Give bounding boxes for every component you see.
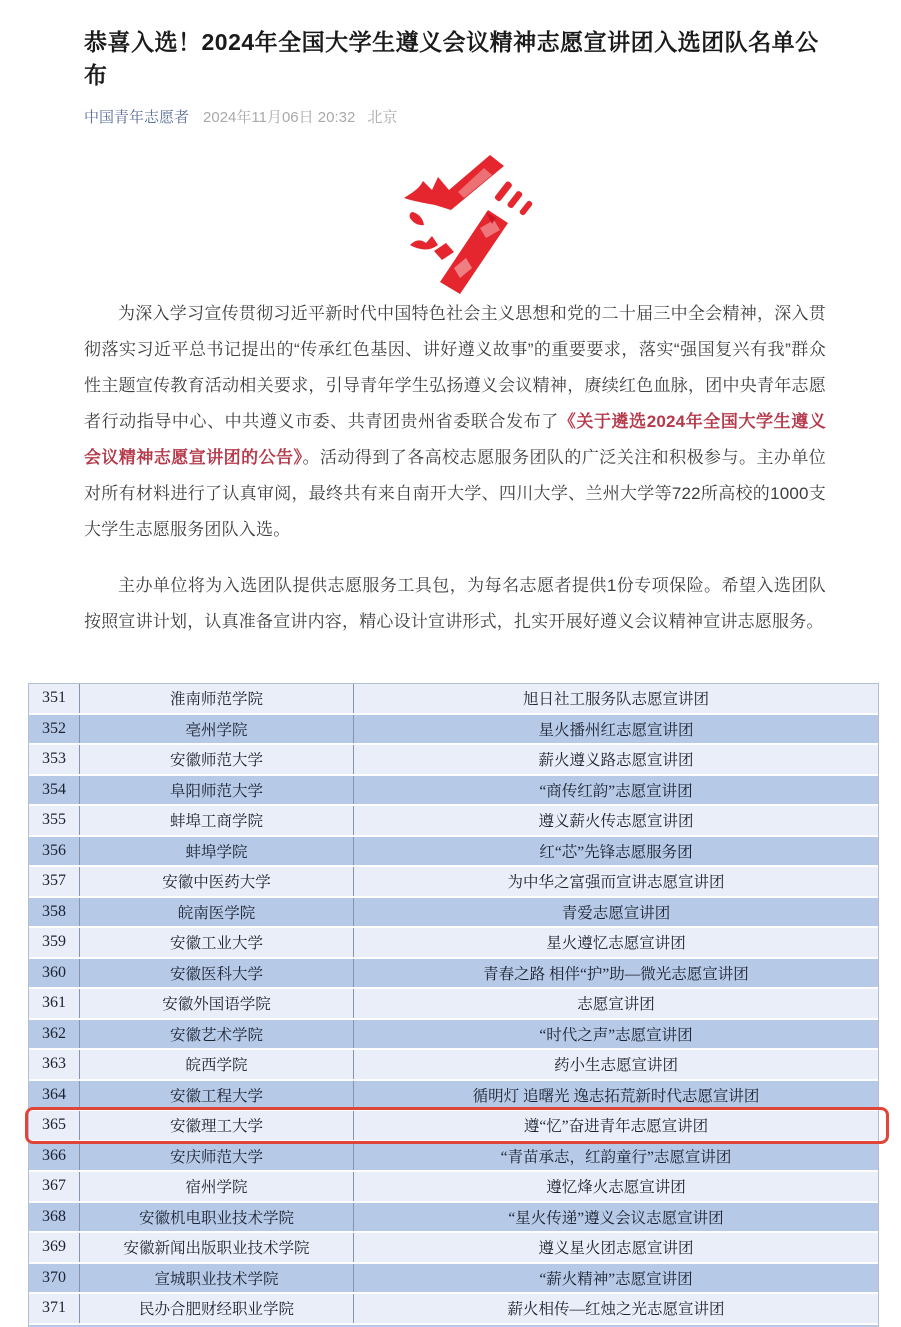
table-row: 368安徽机电职业技术学院“星火传递”遵义会议志愿宣讲团 <box>29 1203 878 1234</box>
table-row: 352亳州学院星火播州红志愿宣讲团 <box>29 715 878 746</box>
team-name-cell: “青苗承志，红韵童行”志愿宣讲团 <box>354 1142 878 1171</box>
team-name-cell: 薪火遵义路志愿宣讲团 <box>354 745 878 774</box>
team-name-cell: 星火播州红志愿宣讲团 <box>354 715 878 744</box>
row-number-cell: 367 <box>29 1172 80 1201</box>
row-number-cell: 358 <box>29 898 80 927</box>
school-name-cell: 蚌埠工商学院 <box>80 806 354 835</box>
school-name-cell: 安徽师范大学 <box>80 745 354 774</box>
row-number-cell: 357 <box>29 867 80 896</box>
school-name-cell: 安徽医科大学 <box>80 959 354 988</box>
school-name-cell: 安庆师范大学 <box>80 1142 354 1171</box>
byline: 中国青年志愿者2024年11月06日 20:32北京 <box>84 106 824 127</box>
table-row: 359安徽工业大学星火遵忆志愿宣讲团 <box>29 928 878 959</box>
team-name-cell: 志愿宣讲团 <box>354 989 878 1018</box>
team-name-cell: 遵义薪火传志愿宣讲团 <box>354 806 878 835</box>
row-number-cell: 365 <box>29 1111 80 1140</box>
school-name-cell: 亳州学院 <box>80 715 354 744</box>
team-name-cell: “薪火精神”志愿宣讲团 <box>354 1264 878 1293</box>
table-row: 362安徽艺术学院“时代之声”志愿宣讲团 <box>29 1020 878 1051</box>
team-name-cell: 遵“忆”奋进青年志愿宣讲团 <box>354 1111 878 1140</box>
school-name-cell: 淮南师范学院 <box>80 684 354 713</box>
row-number-cell: 359 <box>29 928 80 957</box>
team-name-cell: 旭日社工服务队志愿宣讲团 <box>354 684 878 713</box>
row-number-cell: 361 <box>29 989 80 1018</box>
school-name-cell: 安徽机电职业技术学院 <box>80 1203 354 1232</box>
team-name-cell: 为中华之富强而宣讲志愿宣讲团 <box>354 867 878 896</box>
school-name-cell: 安徽工业大学 <box>80 928 354 957</box>
table-row: 360安徽医科大学青春之路 相伴“护”助—微光志愿宣讲团 <box>29 959 878 990</box>
row-number-cell: 362 <box>29 1020 80 1049</box>
paragraph-2: 主办单位将为入选团队提供志愿服务工具包，为每名志愿者提供1份专项保险。希望入选团… <box>84 568 826 640</box>
row-number-cell: 353 <box>29 745 80 774</box>
table-row: 351淮南师范学院旭日社工服务队志愿宣讲团 <box>29 684 878 715</box>
team-name-cell: 循明灯 追曙光 逸志拓荒新时代志愿宣讲团 <box>354 1081 878 1110</box>
school-name-cell: 蚌埠学院 <box>80 837 354 866</box>
row-number-cell: 360 <box>29 959 80 988</box>
article-page: 恭喜入选！2024年全国大学生遵义会议精神志愿宣讲团入选团队名单公布 中国青年志… <box>0 0 901 1327</box>
school-name-cell: 安徽工程大学 <box>80 1081 354 1110</box>
table-row: 355蚌埠工商学院遵义薪火传志愿宣讲团 <box>29 806 878 837</box>
team-name-cell: 遵忆烽火志愿宣讲团 <box>354 1172 878 1201</box>
row-number-cell: 355 <box>29 806 80 835</box>
highlighted-table-row: 365安徽理工大学遵“忆”奋进青年志愿宣讲团 <box>29 1111 878 1142</box>
team-name-cell: “商传红韵”志愿宣讲团 <box>354 776 878 805</box>
volunteer-logo-icon <box>388 150 548 295</box>
team-name-cell: 红“芯”先锋志愿服务团 <box>354 837 878 866</box>
team-name-cell: 星火遵忆志愿宣讲团 <box>354 928 878 957</box>
school-name-cell: 安徽外国语学院 <box>80 989 354 1018</box>
school-name-cell: 皖西学院 <box>80 1050 354 1079</box>
school-name-cell: 安徽新闻出版职业技术学院 <box>80 1233 354 1262</box>
row-number-cell: 356 <box>29 837 80 866</box>
table-row: 357安徽中医药大学为中华之富强而宣讲志愿宣讲团 <box>29 867 878 898</box>
team-name-cell: 遵义星火团志愿宣讲团 <box>354 1233 878 1262</box>
table-row: 367宿州学院遵忆烽火志愿宣讲团 <box>29 1172 878 1203</box>
team-name-cell: “时代之声”志愿宣讲团 <box>354 1020 878 1049</box>
table-row: 371民办合肥财经职业学院薪火相传—红烛之光志愿宣讲团 <box>29 1294 878 1325</box>
row-number-cell: 352 <box>29 715 80 744</box>
publish-location: 北京 <box>367 109 397 126</box>
row-number-cell: 366 <box>29 1142 80 1171</box>
table-row: 358皖南医学院青爱志愿宣讲团 <box>29 898 878 929</box>
publish-datetime: 2024年11月06日 20:32 <box>203 109 355 126</box>
table-row: 370宣城职业技术学院“薪火精神”志愿宣讲团 <box>29 1264 878 1295</box>
row-number-cell: 363 <box>29 1050 80 1079</box>
school-name-cell: 安徽理工大学 <box>80 1111 354 1140</box>
row-number-cell: 351 <box>29 684 80 713</box>
school-name-cell: 安徽中医药大学 <box>80 867 354 896</box>
team-name-cell: “星火传递”遵义会议志愿宣讲团 <box>354 1203 878 1232</box>
table-row: 354阜阳师范大学“商传红韵”志愿宣讲团 <box>29 776 878 807</box>
row-number-cell: 370 <box>29 1264 80 1293</box>
paragraph-1: 为深入学习宣传贯彻习近平新时代中国特色社会主义思想和党的二十届三中全会精神，深入… <box>84 296 826 548</box>
team-name-cell: 薪火相传—红烛之光志愿宣讲团 <box>354 1294 878 1323</box>
school-name-cell: 宿州学院 <box>80 1172 354 1201</box>
table-row: 363皖西学院药小生志愿宣讲团 <box>29 1050 878 1081</box>
school-name-cell: 民办合肥财经职业学院 <box>80 1294 354 1323</box>
row-number-cell: 371 <box>29 1294 80 1323</box>
table-row: 364安徽工程大学循明灯 追曙光 逸志拓荒新时代志愿宣讲团 <box>29 1081 878 1112</box>
school-name-cell: 皖南医学院 <box>80 898 354 927</box>
table-row: 369安徽新闻出版职业技术学院遵义星火团志愿宣讲团 <box>29 1233 878 1264</box>
school-name-cell: 安徽艺术学院 <box>80 1020 354 1049</box>
row-number-cell: 369 <box>29 1233 80 1262</box>
table-row: 356蚌埠学院红“芯”先锋志愿服务团 <box>29 837 878 868</box>
table-row: 361安徽外国语学院志愿宣讲团 <box>29 989 878 1020</box>
school-name-cell: 宣城职业技术学院 <box>80 1264 354 1293</box>
team-name-cell: 青春之路 相伴“护”助—微光志愿宣讲团 <box>354 959 878 988</box>
table-row: 366安庆师范大学“青苗承志，红韵童行”志愿宣讲团 <box>29 1142 878 1173</box>
row-number-cell: 368 <box>29 1203 80 1232</box>
school-name-cell: 阜阳师范大学 <box>80 776 354 805</box>
row-number-cell: 364 <box>29 1081 80 1110</box>
row-number-cell: 354 <box>29 776 80 805</box>
team-name-cell: 药小生志愿宣讲团 <box>354 1050 878 1079</box>
source-account-link[interactable]: 中国青年志愿者 <box>84 109 189 126</box>
selected-teams-table: 351淮南师范学院旭日社工服务队志愿宣讲团352亳州学院星火播州红志愿宣讲团35… <box>28 683 879 1327</box>
team-name-cell: 青爱志愿宣讲团 <box>354 898 878 927</box>
table-row: 353安徽师范大学薪火遵义路志愿宣讲团 <box>29 745 878 776</box>
page-title: 恭喜入选！2024年全国大学生遵义会议精神志愿宣讲团入选团队名单公布 <box>84 26 836 92</box>
